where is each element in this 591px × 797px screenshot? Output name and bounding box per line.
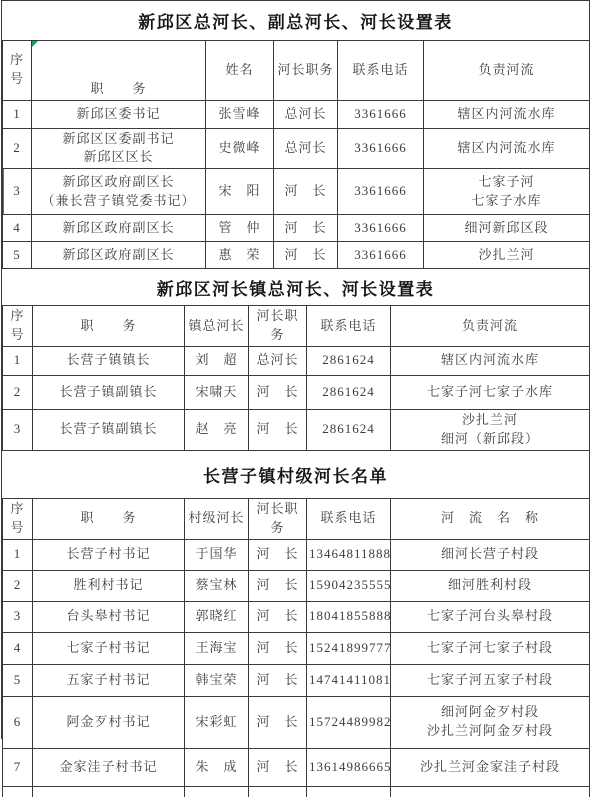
col-header-position: 职 务 [33,306,185,347]
role-cell: 河 长 [249,409,307,450]
role-cell: 总河长 [274,128,338,169]
table-row: 2长营子镇副镇长宋啸天河 长2861624七家子河七家子水库 [3,375,590,409]
table-row: 2新邱区区委副书记 新邱区区长史微峰总河长3361666辖区内河流水库 [3,128,590,169]
river-cell: 七家子河五家子村段 [391,664,590,696]
seq-cell: 2 [3,375,33,409]
river-cell: 七家子河台头皋村段 [391,601,590,632]
position-cell: 长营子镇副镇长 [33,375,185,409]
col-header-position: 职 务 [33,498,185,539]
seq-cell: 4 [3,215,32,242]
phone-cell: 3361666 [338,128,424,169]
phone-cell: 2861624 [307,375,391,409]
col-header-role: 河长职务 [249,498,307,539]
phone-cell: 2861624 [307,346,391,375]
phone-cell: 18041855888 [307,601,391,632]
header-row: 序号 职 务 村级河长 河长职务 联系电话 河 流 名 称 [3,498,590,539]
col-header-seq: 序号 [3,41,32,101]
table-row: 1长营子村书记于国华河 长13464811888细河长营子村段 [3,539,590,570]
village-table-title: 长营子镇村级河长名单 [2,451,589,498]
district-table-title: 新邱区总河长、副总河长、河长设置表 [2,1,589,40]
col-header-seq: 序号 [3,498,33,539]
header-row: 序号 职 务 姓名 河长职务 联系电话 负责河流 [3,41,590,101]
river-chief-sheet: 新邱区总河长、副总河长、河长设置表 序号 职 务 姓名 河长职务 联系电话 负责… [1,0,590,739]
col-header-position: 职 务 [32,41,206,101]
seq-cell: 5 [3,242,32,269]
name-cell: 刘 超 [185,346,249,375]
table-row: 3台头皋村书记郭晓红河 长18041855888七家子河台头皋村段 [3,601,590,632]
name-cell: 管 仲 [206,215,274,242]
seq-cell: 5 [3,664,33,696]
table-row: 3新邱区政府副区长 （兼长营子镇党委书记）宋 阳河 长3361666七家子河 七… [3,169,590,215]
role-cell: 总河长 [274,100,338,128]
table-row: 1长营子镇镇长刘 超总河长2861624辖区内河流水库 [3,346,590,375]
role-cell: 河 长 [274,242,338,269]
role-cell: 河 长 [274,215,338,242]
name-cell: 王海宝 [185,632,249,664]
phone-cell: 15241899777 [307,632,391,664]
col-header-phone: 联系电话 [307,498,391,539]
phone-cell: 3361666 [338,242,424,269]
header-row: 序号 职 务 镇总河长 河长职务 联系电话 负责河流 [3,306,590,347]
seq-cell: 2 [3,570,33,601]
phone-cell: 15904235555 [307,570,391,601]
river-cell: 沙扎兰河 细河（新邱段） [391,409,590,450]
name-cell: 蔡宝林 [185,570,249,601]
name-cell: 于国华 [185,539,249,570]
position-cell: 新邱区委书记 [32,100,206,128]
phone-cell: 15724489982 [307,696,391,739]
seq-cell: 1 [3,539,33,570]
district-chief-table: 序号 职 务 姓名 河长职务 联系电话 负责河流 1新邱区委书记张雪峰总河长33… [2,40,590,269]
col-header-phone: 联系电话 [307,306,391,347]
seq-cell: 3 [3,601,33,632]
table-row: 4新邱区政府副区长管 仲河 长3361666细河新邱区段 [3,215,590,242]
position-cell: 新邱区区委副书记 新邱区区长 [32,128,206,169]
seq-cell: 1 [3,100,32,128]
position-cell: 新邱区政府副区长 [32,215,206,242]
col-header-river: 负责河流 [391,306,590,347]
seq-cell: 4 [3,632,33,664]
position-cell: 台头皋村书记 [33,601,185,632]
role-cell: 河 长 [249,570,307,601]
table-row: 5新邱区政府副区长惠 荣河 长3361666沙扎兰河 [3,242,590,269]
position-cell: 新邱区政府副区长 （兼长营子镇党委书记） [32,169,206,215]
col-header-name: 姓名 [206,41,274,101]
phone-cell: 14741411081 [307,664,391,696]
seq-cell: 2 [3,128,32,169]
name-cell: 史微峰 [206,128,274,169]
position-cell: 长营子镇副镇长 [33,409,185,450]
role-cell: 河 长 [249,375,307,409]
phone-cell: 3361666 [338,169,424,215]
position-cell: 长营子村书记 [33,539,185,570]
table-row: 6阿金歹村书记宋彩虹河 长15724489982细河阿金歹村段 沙扎兰河阿金歹村… [3,696,590,739]
town-chief-table: 序号 职 务 镇总河长 河长职务 联系电话 负责河流 1长营子镇镇长刘 超总河长… [2,305,590,451]
table-row: 5五家子村书记韩宝荣河 长14741411081七家子河五家子村段 [3,664,590,696]
river-cell: 七家子河 七家子水库 [424,169,590,215]
river-cell: 细河新邱区段 [424,215,590,242]
col-header-name: 村级河长 [185,498,249,539]
phone-cell: 13464811888 [307,539,391,570]
name-cell: 惠 荣 [206,242,274,269]
river-cell: 辖区内河流水库 [424,128,590,169]
name-cell: 宋啸天 [185,375,249,409]
river-cell: 七家子河七家子水库 [391,375,590,409]
role-cell: 河 长 [249,539,307,570]
role-cell: 河 长 [274,169,338,215]
river-cell: 细河胜利村段 [391,570,590,601]
name-cell: 宋彩虹 [185,696,249,739]
position-cell: 七家子村书记 [33,632,185,664]
phone-cell: 2861624 [307,409,391,450]
comment-marker-icon [32,41,38,47]
col-header-name: 镇总河长 [185,306,249,347]
role-cell: 河 长 [249,664,307,696]
seq-cell: 6 [3,696,33,739]
col-header-river: 负责河流 [424,41,590,101]
position-cell: 胜利村书记 [33,570,185,601]
position-cell: 新邱区政府副区长 [32,242,206,269]
river-cell: 细河阿金歹村段 沙扎兰河阿金歹村段 [391,696,590,739]
name-cell: 张雪峰 [206,100,274,128]
table-row: 1新邱区委书记张雪峰总河长3361666辖区内河流水库 [3,100,590,128]
name-cell: 韩宝荣 [185,664,249,696]
col-header-seq: 序号 [3,306,33,347]
table-row: 4七家子村书记王海宝河 长15241899777七家子河七家子村段 [3,632,590,664]
role-cell: 河 长 [249,696,307,739]
table-row: 3长营子镇副镇长赵 亮河 长2861624沙扎兰河 细河（新邱段） [3,409,590,450]
name-cell: 宋 阳 [206,169,274,215]
river-cell: 细河长营子村段 [391,539,590,570]
table-row: 2胜利村书记蔡宝林河 长15904235555细河胜利村段 [3,570,590,601]
col-header-role: 河长职务 [249,306,307,347]
seq-cell: 1 [3,346,33,375]
village-chief-table: 序号 职 务 村级河长 河长职务 联系电话 河 流 名 称 1长营子村书记于国华… [2,498,590,739]
col-header-phone: 联系电话 [338,41,424,101]
river-cell: 辖区内河流水库 [391,346,590,375]
river-cell: 七家子河七家子村段 [391,632,590,664]
role-cell: 河 长 [249,632,307,664]
town-table-title: 新邱区河长镇总河长、河长设置表 [2,269,589,305]
name-cell: 赵 亮 [185,409,249,450]
col-header-river: 河 流 名 称 [391,498,590,539]
position-cell: 长营子镇镇长 [33,346,185,375]
position-cell: 五家子村书记 [33,664,185,696]
phone-cell: 3361666 [338,215,424,242]
seq-cell: 3 [3,169,32,215]
role-cell: 河 长 [249,601,307,632]
col-header-role: 河长职务 [274,41,338,101]
phone-cell: 3361666 [338,100,424,128]
seq-cell: 3 [3,409,33,450]
col-header-position-label: 职 务 [90,81,146,96]
position-cell: 阿金歹村书记 [33,696,185,739]
role-cell: 总河长 [249,346,307,375]
river-cell: 辖区内河流水库 [424,100,590,128]
name-cell: 郭晓红 [185,601,249,632]
river-cell: 沙扎兰河 [424,242,590,269]
